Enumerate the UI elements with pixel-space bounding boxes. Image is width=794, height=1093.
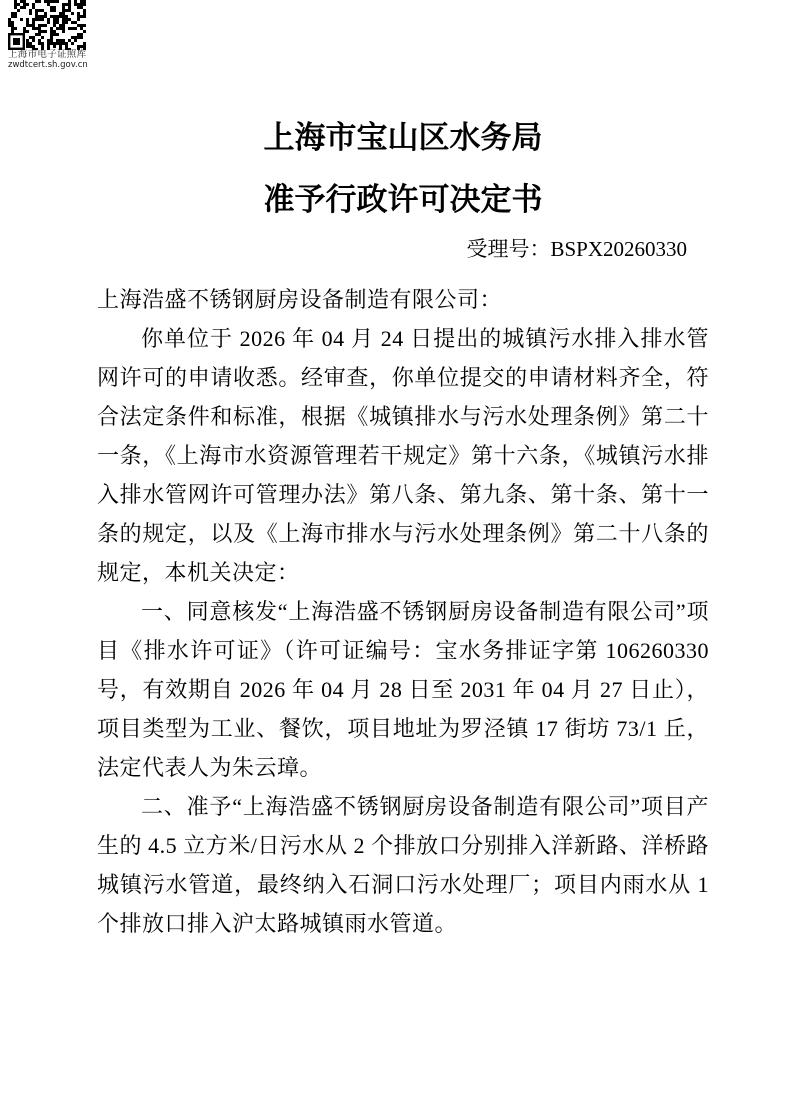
qr-stamp-block: 上海市电子证照库 zwdtcert.sh.gov.cn [8, 0, 94, 70]
document-body: 上海市宝山区水务局 准予行政许可决定书 受理号：BSPX20260330 上海浩… [97, 116, 709, 943]
qr-code-icon [8, 0, 86, 50]
paragraph-decision-item-1: 一、同意核发“上海浩盛不锈钢厨房设备制造有限公司”项目《排水许可证》（许可证编号… [97, 592, 709, 787]
qr-caption-text: 上海市电子证照库 [8, 50, 86, 60]
document-page: 上海市电子证照库 zwdtcert.sh.gov.cn 上海市宝山区水务局 准予… [0, 0, 794, 1093]
recipient-line: 上海浩盛不锈钢厨房设备制造有限公司： [97, 280, 709, 319]
document-content: 上海浩盛不锈钢厨房设备制造有限公司： 你单位于 2026 年 04 月 24 日… [97, 280, 709, 943]
paragraph-decision-item-2: 二、准予“上海浩盛不锈钢厨房设备制造有限公司”项目产生的 4.5 立方米/日污水… [97, 787, 709, 943]
document-title-line2: 准予行政许可决定书 [97, 178, 709, 222]
document-title-line1: 上海市宝山区水务局 [97, 116, 709, 160]
paragraph-intro: 你单位于 2026 年 04 月 24 日提出的城镇污水排入排水管网许可的申请收… [97, 319, 709, 592]
acceptance-number: 受理号：BSPX20260330 [97, 236, 709, 262]
qr-caption-url: zwdtcert.sh.gov.cn [8, 60, 86, 70]
